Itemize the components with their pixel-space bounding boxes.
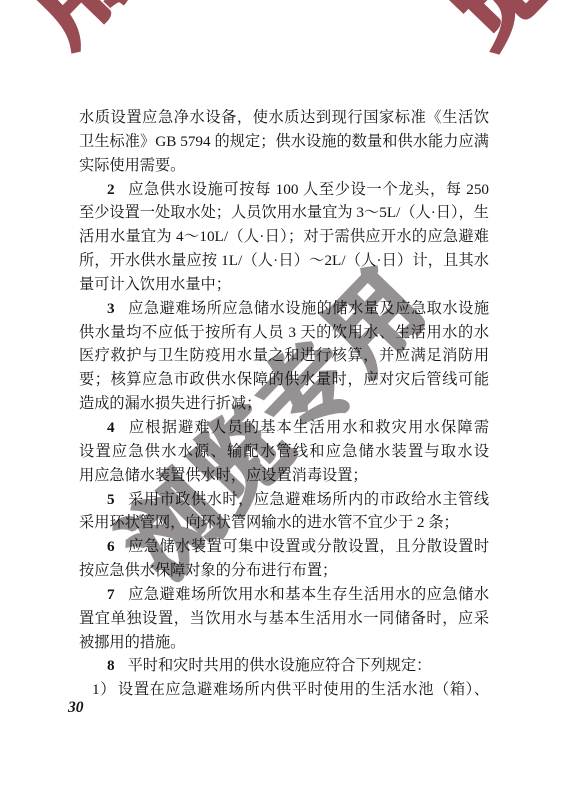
subitem-number: 1） [92, 681, 116, 698]
text-line: 2应急供水设施可按每 100 人至少设一个龙头，每 250 人 [79, 178, 489, 202]
clause-number: 2 [107, 181, 115, 198]
text-line: 供水量均不应低于按所有人员 3 天的饮用水、生活用水的水量和 [79, 321, 489, 345]
clause-number: 4 [107, 419, 115, 436]
text-line: 5采用市政供水时，应急避难场所内的市政给水主管线应 [79, 488, 489, 512]
text-line: 置宜单独设置，当饮用水与基本生活用水一同储备时，应采取不 [79, 607, 489, 631]
text-line: 1）设置在应急避难场所内供平时使用的生活水池（箱）、 [79, 678, 489, 702]
text-line: 至少设置一处取水处；人员饮用水量宜为 3～5L/（人·日），生 [79, 201, 489, 225]
text-line: 4应根据避难人员的基本生活用水和救灾用水保障需要， [79, 416, 489, 440]
page-number: 30 [68, 699, 84, 717]
text-line: 量可计入饮用水量中； [79, 273, 489, 297]
text-line: 设置应急供水水源、输配水管线和应急储水装置与取水设施；采 [79, 440, 489, 464]
clause-number: 5 [107, 491, 115, 508]
watermark-fragment-top-left: 用 [0, 0, 155, 66]
text-line: 医疗救护与卫生防疫用水量之和进行核算，并应满足消防用水需 [79, 344, 489, 368]
text-line: 3应急避难场所应急储水设施的储水量及应急取水设施的 [79, 297, 489, 321]
text-line: 8平时和灾时共用的供水设施应符合下列规定： [79, 654, 489, 678]
clause-number: 7 [107, 586, 115, 603]
watermark-fragment-top-right: 览 [409, 0, 561, 68]
clause-number: 6 [107, 538, 115, 555]
text-line: 6应急储水装置可集中设置或分散设置，且分散设置时宜 [79, 535, 489, 559]
text-line: 用应急储水装置供水时，应设置消毒设置； [79, 464, 489, 488]
text-line: 7应急避难场所饮用水和基本生存生活用水的应急储水装 [79, 583, 489, 607]
text-line: 实际使用需要。 [79, 154, 489, 178]
clause-number: 3 [107, 300, 115, 317]
text-line: 所，开水供水量应按 1L/（人·日）～2L/（人·日）计，且其水 [79, 249, 489, 273]
clause-number: 8 [107, 657, 115, 674]
text-line: 活用水量宜为 4～10L/（人·日）；对于需供应开水的应急避难场 [79, 225, 489, 249]
text-line: 水质设置应急净水设备，使水质达到现行国家标准《生活饮用水 [79, 106, 489, 130]
text-line: 按应急供水保障对象的分布进行布置； [79, 559, 489, 583]
text-line: 被挪用的措施。 [79, 631, 489, 655]
text-block: 水质设置应急净水设备，使水质达到现行国家标准《生活饮用水 卫生标准》GB 579… [79, 106, 489, 702]
document-page: 用 览 浏览专用 水质设置应急净水设备，使水质达到现行国家标准《生活饮用水 卫生… [0, 0, 561, 804]
text-line: 造成的漏水损失进行折减； [79, 392, 489, 416]
text-line: 卫生标准》GB 5794 的规定；供水设施的数量和供水能力应满足 [79, 130, 489, 154]
text-line: 采用环状管网，向环状管网输水的进水管不宜少于 2 条； [79, 511, 489, 535]
text-line: 要；核算应急市政供水保障的供水量时，应对灾后管线可能破坏 [79, 368, 489, 392]
